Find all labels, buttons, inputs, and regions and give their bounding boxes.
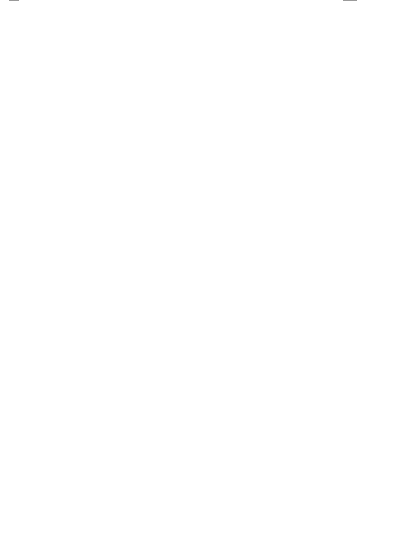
page-corner-mark-left bbox=[9, 0, 19, 1]
page-corner-mark-right bbox=[343, 0, 357, 1]
